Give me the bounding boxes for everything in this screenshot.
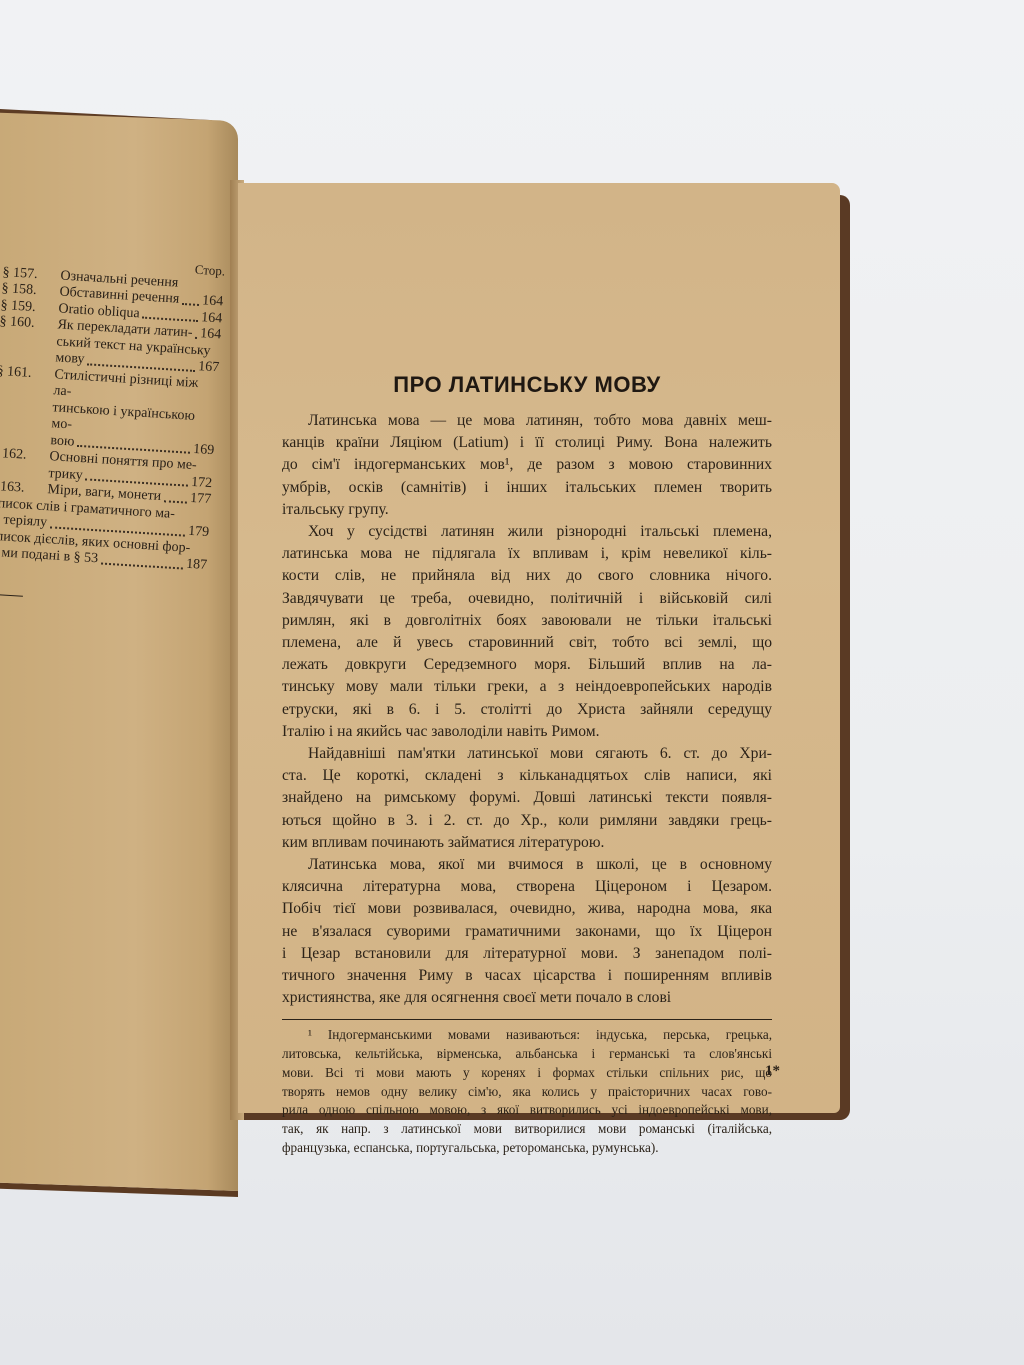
toc-leader-dots [182,292,200,306]
text-line: Італію і на якийсь час заволоділи навіть… [282,721,772,743]
body-paragraph: Латинська мова — це мова латинян, тобто … [282,410,772,521]
chapter-body: Латинська мова — це мова латинян, тобто … [282,410,772,1009]
toc-leader-dots [142,306,198,322]
toc-page-number: 164 [200,326,222,344]
table-of-contents: Стор. § 157.Означальні речення§ 158.Обст… [0,250,226,607]
toc-page-number: 164 [201,310,223,328]
text-line: латинська мова не підлягала їх впливам і… [282,543,772,565]
footnote-line: французька, еспанська, португальська, ре… [282,1139,772,1158]
toc-section-number: § 162. [0,446,50,482]
text-line: Хоч у сусідстві латинян жили різнородні … [282,521,772,543]
text-line: ються щойно в 3. і 2. ст. до Хр., коли р… [282,810,772,832]
toc-leader-dots [164,489,188,503]
toc-page-number: 169 [193,441,215,459]
text-line: Побіч тієї мови розвивалася, очевидно, ж… [282,898,772,920]
text-line: Найдавніші пам'ятки латинської мови сяга… [282,743,772,765]
text-line: племена, але й увесь старовинний світ, т… [282,632,772,654]
text-line: клясична літературна мова, створена Ціце… [282,876,772,898]
toc-page-number: 164 [202,293,224,311]
text-line: Латинська мова, якої ми вчимося в школі,… [282,854,772,876]
text-line: Завдячувати це треба, очевидно, політичн… [282,588,772,610]
footnote: ¹ Індогерманськими мовами називаються: і… [282,1026,772,1157]
text-line: Латинська мова — це мова латинян, тобто … [282,410,772,432]
text-line: ким впливам починають займатися літерату… [282,832,772,854]
footnote-line: ¹ Індогерманськими мовами називаються: і… [282,1026,772,1045]
toc-page-number: 172 [191,474,213,492]
footnote-rule [282,1019,772,1020]
footnote-line: так, як напр. з латинської мови витворил… [282,1120,772,1139]
text-line: умбрів, осків (самнітів) і інших італьсь… [282,477,772,499]
toc-page-number: 177 [190,491,212,509]
text-line: етруски, які в 6. і 5. столітті до Христ… [282,699,772,721]
text-line: християнства, яке для осягнення своєї ме… [282,987,772,1009]
text-line: і Цезар встановили для літературної мови… [282,943,772,965]
text-line: тичного значення Риму в часах цісарства … [282,965,772,987]
text-line: лежать довкруги Середземного моря. Більш… [282,654,772,676]
toc-list: § 157.Означальні речення§ 158.Обставинні… [0,264,225,574]
footnote-line: рила одною спільною мовою, з якої витвор… [282,1101,772,1120]
footnote-line: мови. Всі ті мови мають у коренях і форм… [282,1064,772,1083]
text-line: ста. Це короткі, складені з кільканадцят… [282,765,772,787]
toc-page-number: 187 [186,557,208,575]
text-line: до сім'ї індогерманських мов¹, де разом … [282,454,772,476]
chapter-content: ПРО ЛАТИНСЬКУ МОВУ Латинська мова — це м… [282,372,772,1157]
toc-section-number: § 160. [0,314,58,367]
text-line: кости слів, не прийняла від них до свого… [282,565,772,587]
body-paragraph: Найдавніші пам'ятки латинської мови сяга… [282,743,772,854]
text-line: тинську мову мали тільки греки, а з неін… [282,676,772,698]
page-number: 1* [765,1063,780,1080]
footnote-line: литовська, кельтійська, вірменська, альб… [282,1045,772,1064]
text-line: італьську групу. [282,499,772,521]
body-paragraph: Латинська мова, якої ми вчимося в школі,… [282,854,772,1009]
toc-page-number: 167 [198,359,220,377]
chapter-title: ПРО ЛАТИНСЬКУ МОВУ [282,372,772,398]
text-line: римлян, які в довголітніх боях завоювали… [282,610,772,632]
body-paragraph: Хоч у сусідстві латинян жили різнородні … [282,521,772,743]
toc-page-number: 179 [188,524,210,542]
toc-section-number: § 161. [0,363,55,449]
text-line: канців країни Ляціюм (Latium) і її столи… [282,432,772,454]
text-line: не в'язалася суворими граматичними закон… [282,921,772,943]
footnote-line: творять немов одну велику сім'ю, яка кол… [282,1083,772,1102]
text-line: знайдено на римському форумі. Довші лати… [282,787,772,809]
toc-entry: § 161.Стилістичні різниці між ла-тинсько… [0,363,219,459]
